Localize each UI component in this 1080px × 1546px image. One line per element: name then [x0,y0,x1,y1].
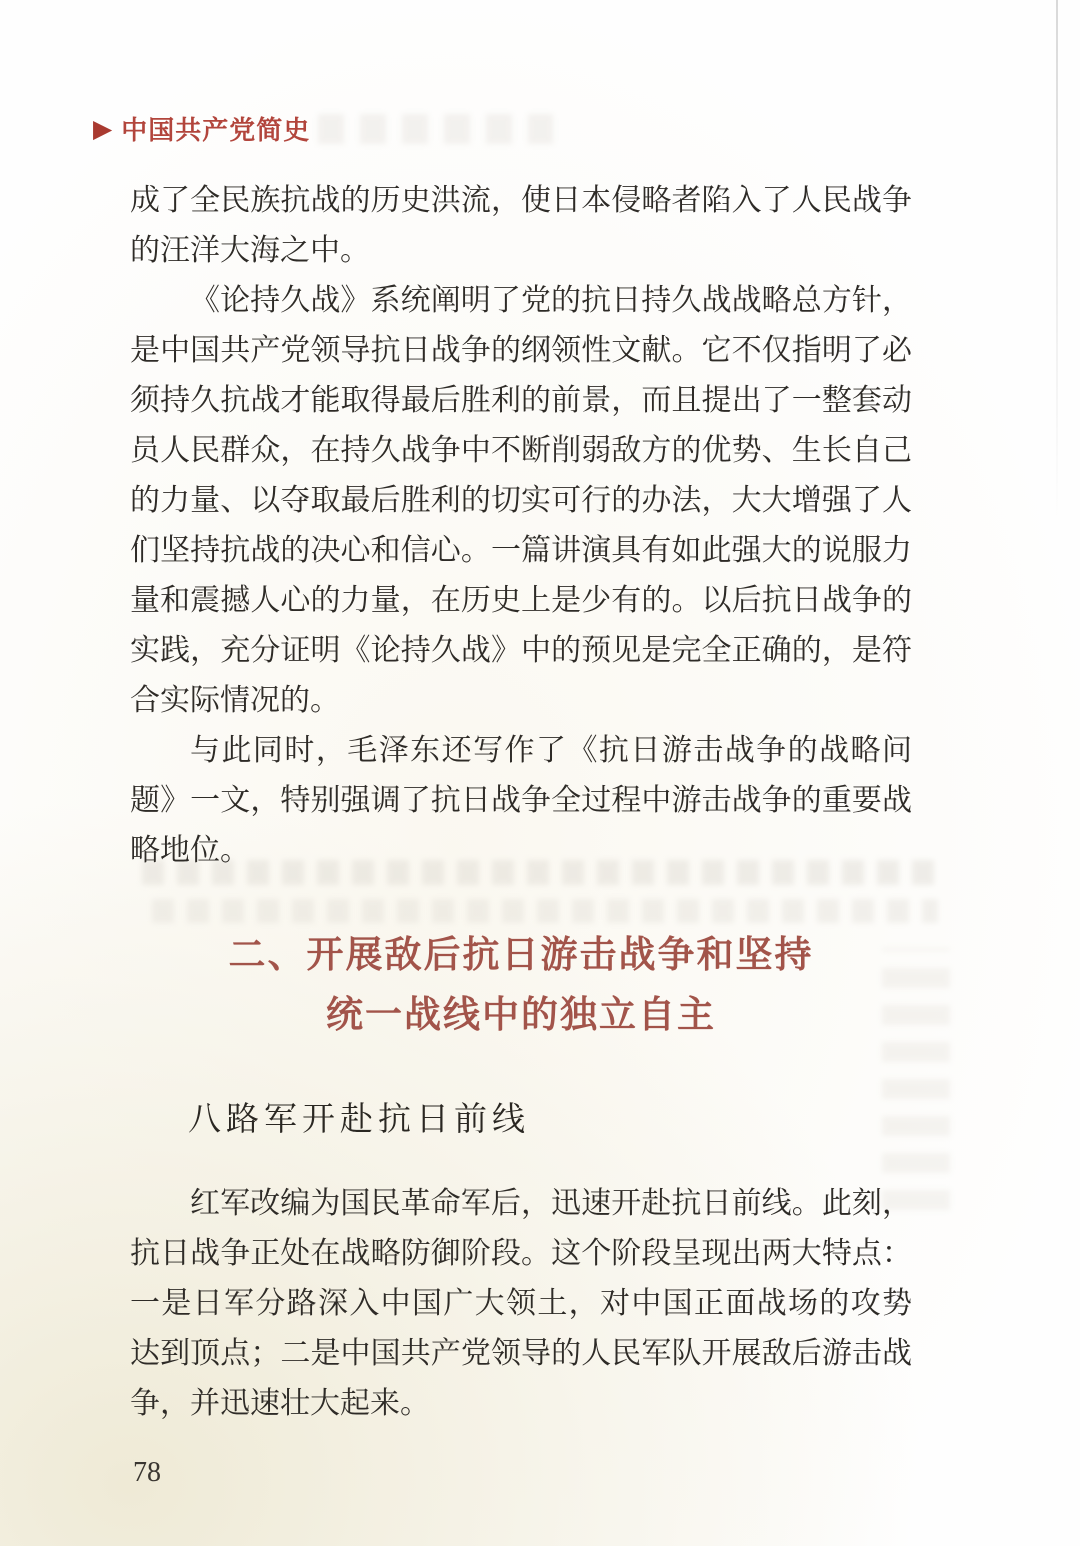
text-line: 《论持久战》系统阐明了党的抗日持久战战略总方针， [130,276,912,326]
page-edge-shadow [1056,0,1058,520]
section-heading-line: 统一战线中的独立自主 [130,985,912,1045]
book-title: 中国共产党简史 [121,110,310,147]
bleedthrough-smudge-header [318,114,553,144]
text-line: 争，并迅速壮大起来。 [130,1379,912,1429]
triangle-bullet-icon: ▶ [93,116,112,141]
section-heading: 二、开展敌后抗日游击战争和坚持 统一战线中的独立自主 [130,925,912,1045]
text-line: 量和震撼人心的力量，在历史上是少有的。以后抗日战争的 [130,576,912,626]
subsection-heading: 八路军开赴抗日前线 [188,1095,912,1145]
text-line: 与此同时，毛泽东还写作了《抗日游击战争的战略问 [130,726,912,776]
paragraph: 红军改编为国民革命军后，迅速开赴抗日前线。此刻，抗日战争正处在战略防御阶段。这个… [130,1179,912,1429]
text-line: 达到顶点；二是中国共产党领导的人民军队开展敌后游击战 [130,1329,912,1379]
book-page: ▶ 中国共产党简史 成了全民族抗战的历史洪流，使日本侵略者陷入了人民战争的汪洋大… [0,0,1080,1546]
text-line: 员人民群众，在持久战争中不断削弱敌方的优势、生长自己 [130,426,912,476]
text-line: 们坚持抗战的决心和信心。一篇讲演具有如此强大的说服力 [130,526,912,576]
text-line: 略地位。 [130,826,912,876]
paragraph-continuation: 成了全民族抗战的历史洪流，使日本侵略者陷入了人民战争的汪洋大海之中。 [130,176,912,276]
text-line: 的力量、以夺取最后胜利的切实可行的办法，大大增强了人 [130,476,912,526]
text-line: 红军改编为国民革命军后，迅速开赴抗日前线。此刻， [130,1179,912,1229]
page-footer: 78 [133,1448,161,1498]
text-line: 成了全民族抗战的历史洪流，使日本侵略者陷入了人民战争 [130,176,912,226]
running-header: ▶ 中国共产党简史 [93,110,310,146]
text-line: 题》一文，特别强调了抗日战争全过程中游击战争的重要战 [130,776,912,826]
paragraph: 《论持久战》系统阐明了党的抗日持久战战略总方针，是中国共产党领导抗日战争的纲领性… [130,276,912,726]
text-line: 一是日军分路深入中国广大领土，对中国正面战场的攻势 [130,1279,912,1329]
text-line: 的汪洋大海之中。 [130,226,912,276]
text-line: 抗日战争正处在战略防御阶段。这个阶段呈现出两大特点： [130,1229,912,1279]
text-line: 实践，充分证明《论持久战》中的预见是完全正确的，是符 [130,626,912,676]
text-line: 须持久抗战才能取得最后胜利的前景，而且提出了一整套动 [130,376,912,426]
page-number: 78 [133,1457,161,1488]
text-line: 合实际情况的。 [130,676,912,726]
section-heading-line: 二、开展敌后抗日游击战争和坚持 [130,925,912,985]
text-line: 是中国共产党领导抗日战争的纲领性文献。它不仅指明了必 [130,326,912,376]
paragraph: 与此同时，毛泽东还写作了《抗日游击战争的战略问题》一文，特别强调了抗日战争全过程… [130,726,912,876]
page-content: 成了全民族抗战的历史洪流，使日本侵略者陷入了人民战争的汪洋大海之中。 《论持久战… [130,176,912,1429]
